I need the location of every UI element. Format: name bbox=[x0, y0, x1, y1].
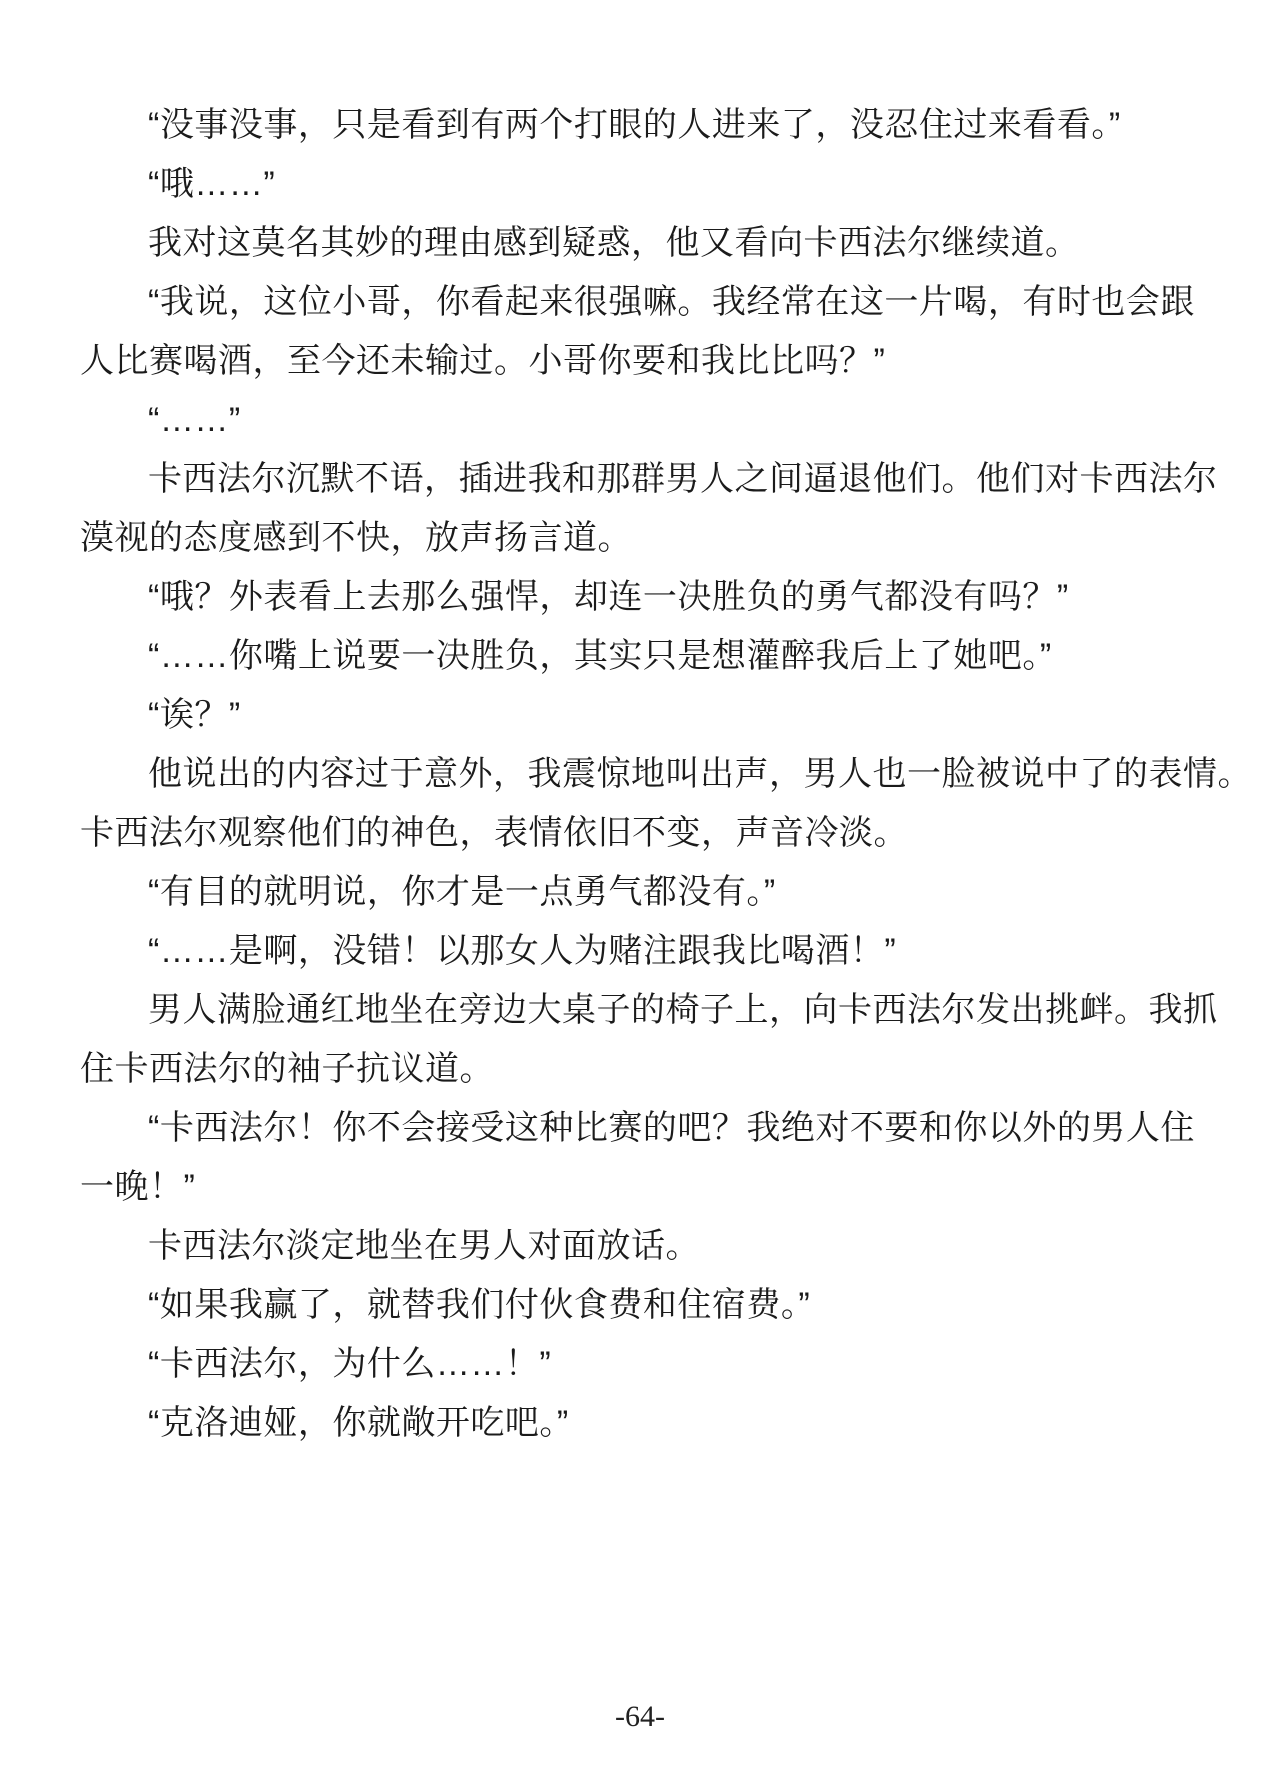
text-line: “哦……” bbox=[80, 155, 1200, 214]
text-line: 住卡西法尔的袖子抗议道。 bbox=[80, 1040, 1200, 1099]
text-line: 卡西法尔淡定地坐在男人对面放话。 bbox=[80, 1217, 1200, 1276]
text-line: 卡西法尔观察他们的神色，表情依旧不变，声音冷淡。 bbox=[80, 804, 1200, 863]
text-line: “我说，这位小哥，你看起来很强嘛。我经常在这一片喝，有时也会跟 bbox=[80, 273, 1200, 332]
text-line: “卡西法尔，为什么……！” bbox=[80, 1335, 1200, 1394]
text-line: “哦？外表看上去那么强悍，却连一决胜负的勇气都没有吗？” bbox=[80, 568, 1200, 627]
text-line: “诶？” bbox=[80, 686, 1200, 745]
text-line: “卡西法尔！你不会接受这种比赛的吧？我绝对不要和你以外的男人住 bbox=[80, 1099, 1200, 1158]
text-line: “……” bbox=[80, 391, 1200, 450]
text-line: 卡西法尔沉默不语，插进我和那群男人之间逼退他们。他们对卡西法尔 bbox=[80, 450, 1200, 509]
book-page: “没事没事，只是看到有两个打眼的人进来了，没忍住过来看看。” “哦……” 我对这… bbox=[0, 0, 1280, 1784]
text-line: 男人满脸通红地坐在旁边大桌子的椅子上，向卡西法尔发出挑衅。我抓 bbox=[80, 981, 1200, 1040]
text-line: 漠视的态度感到不快，放声扬言道。 bbox=[80, 509, 1200, 568]
text-line: “有目的就明说，你才是一点勇气都没有。” bbox=[80, 863, 1200, 922]
text-line: “……你嘴上说要一决胜负，其实只是想灌醉我后上了她吧。” bbox=[80, 627, 1200, 686]
text-line: 人比赛喝酒，至今还未输过。小哥你要和我比比吗？” bbox=[80, 332, 1200, 391]
text-line: “克洛迪娅，你就敞开吃吧。” bbox=[80, 1394, 1200, 1453]
text-line: 一晚！” bbox=[80, 1158, 1200, 1217]
text-line: “没事没事，只是看到有两个打眼的人进来了，没忍住过来看看。” bbox=[80, 96, 1200, 155]
text-line: “如果我赢了，就替我们付伙食费和住宿费。” bbox=[80, 1276, 1200, 1335]
text-line: 我对这莫名其妙的理由感到疑惑，他又看向卡西法尔继续道。 bbox=[80, 214, 1200, 273]
page-number: -64- bbox=[0, 1700, 1280, 1734]
text-column: “没事没事，只是看到有两个打眼的人进来了，没忍住过来看看。” “哦……” 我对这… bbox=[80, 96, 1200, 1453]
text-line: “……是啊，没错！以那女人为赌注跟我比喝酒！” bbox=[80, 922, 1200, 981]
text-line: 他说出的内容过于意外，我震惊地叫出声，男人也一脸被说中了的表情。 bbox=[80, 745, 1200, 804]
